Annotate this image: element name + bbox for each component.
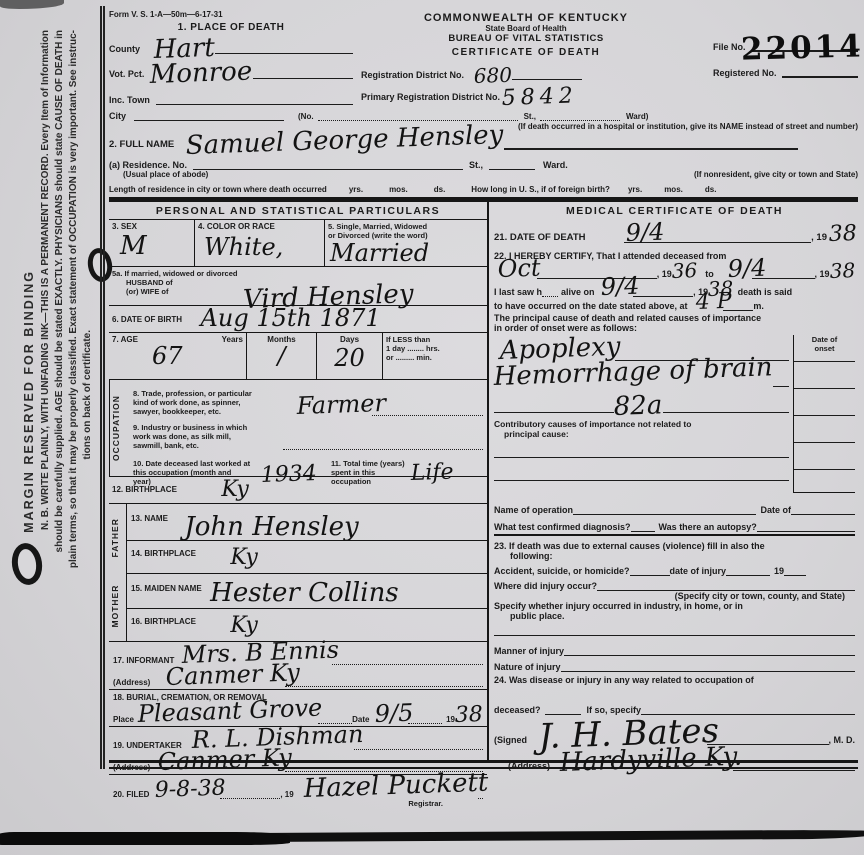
specify-rule xyxy=(494,631,855,636)
length-residence-label: Length of residence in city or town wher… xyxy=(109,185,327,194)
industry-label-line2: work was done, as silk mill, xyxy=(133,432,283,441)
onset-cell xyxy=(794,470,855,492)
onset-rule xyxy=(794,389,855,416)
contributory-rule-2 xyxy=(494,476,789,481)
cause-of-death-line2: Hemorrhage of brain xyxy=(494,361,773,385)
contributory-label-line2: principal cause: xyxy=(504,429,789,439)
accident-blank xyxy=(630,571,670,576)
nature-blank xyxy=(561,667,855,672)
county-value: Hart xyxy=(154,41,216,57)
precinct-value: Monroe xyxy=(150,65,253,83)
last-saw-date-value: 9/4 xyxy=(600,280,639,295)
where-injury-blank xyxy=(597,586,855,591)
margin-reserved-label: MARGIN RESERVED FOR BINDING xyxy=(22,270,36,533)
form-number: Form V. S. 1-A—50m—6-17-31 xyxy=(109,10,353,19)
yrs2-label: yrs. xyxy=(628,185,642,194)
onset-label-line2: onset xyxy=(794,344,855,353)
trade-blank xyxy=(372,411,483,416)
precinct-label: Vot. Pct. xyxy=(109,69,144,79)
trade-label-line2: kind of work done, as spinner, xyxy=(133,398,283,407)
residence-label: (a) Residence. No. xyxy=(109,160,187,170)
full-name-label: 2. FULL NAME xyxy=(109,139,174,150)
foreign-birth-label: How long in U. S., if of foreign birth? xyxy=(471,185,610,194)
trade-label-line3: sawyer, bookkeeper, etc. xyxy=(133,407,283,416)
yrs-label: yrs. xyxy=(349,185,363,194)
informant-address-value: Canmer Ky xyxy=(166,667,301,685)
residence-st-label: St., xyxy=(469,160,483,170)
death-certificate-scan: N. B. WRITE PLAINLY, WITH UNFADING INK—T… xyxy=(0,0,864,855)
last-saw-date-blank xyxy=(633,292,693,297)
nature-of-injury-label: Nature of injury xyxy=(494,662,561,672)
physician-address-blank xyxy=(733,766,856,771)
father-name-value: John Hensley xyxy=(184,512,358,542)
undertaker-address-value: Canmer Ky xyxy=(158,752,293,770)
margin-note-line4: tions on back of certificate. xyxy=(82,330,93,459)
age-less-line3: or ......... min. xyxy=(386,353,484,362)
age-less-line1: If LESS than xyxy=(386,335,484,344)
age-less-line2: 1 day ........ hrs. xyxy=(386,344,484,353)
registered-no-label: Registered No. xyxy=(713,68,777,78)
date-of-death-year-prefix: , 19 xyxy=(811,232,827,243)
city-no-label: (No. xyxy=(298,112,314,121)
margin-note-line3: plain terms, so that it may be properly … xyxy=(68,30,79,568)
test-label: What test confirmed diagnosis? xyxy=(494,522,631,532)
mos-label: mos. xyxy=(389,185,408,194)
test-blank xyxy=(631,527,655,532)
last-worked-value: 1934 xyxy=(261,468,317,482)
cause-rule-3 xyxy=(494,408,614,413)
mother-birthplace-label: 16. BIRTHPLACE xyxy=(131,617,196,626)
dob-label: 6. DATE OF BIRTH xyxy=(112,315,182,324)
filed-label: 20. FILED xyxy=(113,790,149,799)
industry-blank xyxy=(283,445,483,450)
precinct-blank-line xyxy=(253,74,353,79)
date-of-death-value: 9/4 xyxy=(625,226,664,241)
principal-cause-line2: in order of onset were as follows: xyxy=(494,323,855,333)
deceased-blank xyxy=(545,710,581,715)
injury-year-blank xyxy=(784,571,806,576)
primary-district-label: Primary Registration District No. xyxy=(361,92,500,102)
signed-label: (Signed xyxy=(494,735,527,745)
filed-date-value: 9-8-38 xyxy=(155,782,226,797)
inc-town-blank-line xyxy=(156,100,353,105)
from-year-prefix: , 19 xyxy=(657,269,672,279)
cause-code-value: 82a xyxy=(614,399,663,415)
spouse-label-line3: (or) WIFE of xyxy=(126,287,244,296)
injury-year-label: 19 xyxy=(774,566,784,576)
full-name-line xyxy=(504,144,798,150)
race-label: 4. COLOR OR RACE xyxy=(198,222,321,231)
registrar-signature: Hazel Puckett xyxy=(303,776,488,797)
burial-place-label: Place xyxy=(113,715,134,724)
spouse-label-line1: 5a. If married, widowed or divorced xyxy=(112,269,244,278)
operation-date-label: Date of xyxy=(760,505,791,515)
industry-label-line3: sawmill, bank, etc. xyxy=(133,441,283,450)
residence-st-blank xyxy=(489,165,535,170)
city-st-label: St., xyxy=(524,112,536,121)
md-label: , M. D. xyxy=(829,735,856,745)
where-injury-label: Where did injury occur? xyxy=(494,581,597,591)
mother-maiden-name-label: 15. MAIDEN NAME xyxy=(131,584,202,593)
onset-rule xyxy=(794,353,855,362)
date-of-death-year-value: 38 xyxy=(829,228,857,241)
undertaker-blank xyxy=(354,745,484,750)
race-value: White, xyxy=(204,233,283,261)
manner-blank xyxy=(564,651,855,656)
specify-injury-line1: Specify whether injury occurred in indus… xyxy=(494,601,855,611)
nonresident-note: (If nonresident, give city or town and S… xyxy=(694,170,858,179)
mother-maiden-name-value: Hester Collins xyxy=(210,578,399,608)
registration-district-value: 680 xyxy=(474,70,513,82)
autopsy-blank xyxy=(757,527,855,532)
onset-label-line1: Date of xyxy=(794,335,855,344)
industry-label-line1: 9. Industry or business in which xyxy=(133,423,283,432)
physician-address-value: Hardyville Ky. xyxy=(560,750,743,771)
m-label: m. xyxy=(753,301,764,311)
last-saw-gender-blank xyxy=(542,292,558,297)
place-of-death-title: 1. PLACE OF DEATH xyxy=(109,22,353,33)
father-birthplace-label: 14. BIRTHPLACE xyxy=(131,549,196,558)
injury-date-label: date of injury xyxy=(670,566,727,576)
cause-rule-2 xyxy=(773,382,789,387)
board-subtitle: State Board of Health xyxy=(353,24,699,33)
marital-label-line1: 5. Single, Married, Widowed xyxy=(328,222,484,231)
burial-year-value: 38 xyxy=(455,709,483,722)
age-years-label: Years xyxy=(222,335,243,344)
last-worked-label-line2: this occupation (month and xyxy=(133,468,261,477)
scan-artifact xyxy=(0,0,64,9)
trade-value: Farmer xyxy=(297,397,387,413)
operation-label: Name of operation xyxy=(494,505,573,515)
residence-sub-note: (Usual place of abode) xyxy=(123,170,208,179)
onset-rule xyxy=(794,362,855,389)
full-name-value: Samuel George Hensley xyxy=(186,128,504,153)
father-name-label: 13. NAME xyxy=(131,514,168,523)
to-year-prefix: , 19 xyxy=(815,269,830,279)
death-said-label: death is said xyxy=(738,287,793,297)
sex-label: 3. SEX xyxy=(112,222,191,231)
residence-ward-label: Ward. xyxy=(543,160,568,170)
medical-section-title: MEDICAL CERTIFICATE OF DEATH xyxy=(494,202,855,219)
mother-birthplace-value: Ky xyxy=(230,613,257,638)
hole-punch xyxy=(9,541,45,587)
inc-town-label: Inc. Town xyxy=(109,95,150,105)
external-causes-line2: following: xyxy=(510,551,855,561)
onset-rule xyxy=(794,443,855,470)
burial-place-value: Pleasant Grove xyxy=(137,702,322,722)
ds2-label: ds. xyxy=(705,185,717,194)
primary-district-value: 5842 xyxy=(502,90,578,105)
mother-vertical-label: MOTHER xyxy=(109,572,126,641)
external-causes-line1: 23. If death was due to external causes … xyxy=(494,541,855,551)
certificate-form: Form V. S. 1-A—50m—6-17-31 1. PLACE OF D… xyxy=(100,6,858,769)
informant-blank xyxy=(332,660,483,665)
undertaker-address-label: (Address) xyxy=(113,763,150,772)
physician-address-label: (Address) xyxy=(508,761,550,771)
certificate-title: CERTIFICATE OF DEATH xyxy=(353,47,699,58)
county-label: County xyxy=(109,44,140,54)
last-worked-label-line1: 10. Date deceased last worked at xyxy=(133,459,261,468)
city-label: City xyxy=(109,111,126,121)
onset-rule xyxy=(794,416,855,443)
accident-label: Accident, suicide, or homicide? xyxy=(494,566,630,576)
age-days-label: Days xyxy=(320,335,379,344)
marital-value: Married xyxy=(330,239,429,267)
informant-address-blank xyxy=(285,682,484,687)
operation-date-blank xyxy=(791,510,855,515)
burial-year-prefix: 19 xyxy=(446,715,455,724)
city-st-blank xyxy=(540,116,620,121)
manner-of-injury-label: Manner of injury xyxy=(494,646,564,656)
personal-section-title: PERSONAL AND STATISTICAL PARTICULARS xyxy=(109,202,487,220)
birthplace-value: Ky xyxy=(221,477,248,502)
date-of-death-label: 21. DATE OF DEATH xyxy=(494,232,586,243)
attended-from-value: Oct xyxy=(498,262,541,277)
age-years-value: 67 xyxy=(152,342,183,370)
where-injury-note: (Specify city or town, county, and State… xyxy=(494,591,845,601)
age-label: 7. AGE xyxy=(112,335,138,344)
occupation-question-line2: deceased? xyxy=(494,705,541,715)
city-ward-label: Ward) xyxy=(626,112,648,121)
trade-label-line1: 8. Trade, profession, or particular xyxy=(133,389,283,398)
last-saw-label: I last saw h xyxy=(494,287,542,297)
registered-no-line xyxy=(782,72,858,78)
sex-value: M xyxy=(120,231,147,261)
total-time-label-line1: 11. Total time (years) xyxy=(331,459,411,468)
operation-blank xyxy=(573,510,756,515)
attended-to-value: 9/4 xyxy=(727,262,766,277)
filed-year-prefix: , 19 xyxy=(280,790,293,799)
age-days-value: 20 xyxy=(334,344,365,372)
total-time-value: Life xyxy=(411,466,454,480)
occupation-question-line1: 24. Was disease or injury in any way rel… xyxy=(494,675,855,685)
county-blank-line xyxy=(215,49,353,54)
specify-injury-line2: public place. xyxy=(510,611,855,621)
contributory-rule-1 xyxy=(494,453,789,458)
autopsy-label: Was there an autopsy? xyxy=(659,522,757,532)
scan-artifact xyxy=(0,832,290,845)
date-of-onset-column: Date of onset xyxy=(793,335,855,493)
file-number-stamp: 22014 xyxy=(741,28,864,67)
registration-district-line xyxy=(512,75,582,80)
age-months-value: / xyxy=(277,342,285,370)
mos2-label: mos. xyxy=(664,185,683,194)
to-year-value: 38 xyxy=(829,265,855,277)
father-birthplace-value: Ky xyxy=(230,545,257,570)
informant-address-label: (Address) xyxy=(113,678,150,687)
occupation-vertical-label: OCCUPATION xyxy=(109,380,129,476)
from-year-value: 36 xyxy=(671,265,697,277)
total-time-label-line2: spent in this xyxy=(331,468,411,477)
cause-of-death-line1: Apoplexy xyxy=(500,340,621,359)
injury-date-blank xyxy=(726,571,770,576)
burial-date-value: 9/5 xyxy=(375,707,414,722)
bureau-subtitle: BUREAU OF VITAL STATISTICS xyxy=(353,33,699,44)
birthplace-label: 12. BIRTHPLACE xyxy=(112,485,177,494)
principal-cause-line1: The principal cause of death and related… xyxy=(494,313,855,323)
spouse-label-line2: HUSBAND of xyxy=(126,278,244,287)
commonwealth-title: COMMONWEALTH OF KENTUCKY xyxy=(353,12,699,24)
residence-no-blank xyxy=(193,165,463,170)
registration-district-label: Registration District No. xyxy=(361,70,464,80)
city-blank xyxy=(134,116,284,121)
father-vertical-label: FATHER xyxy=(109,504,126,573)
dob-value: Aug 15th 1871 xyxy=(201,304,381,332)
last-saw-alive-label: alive on xyxy=(561,287,595,297)
time-of-death-value: 4 P xyxy=(695,295,731,308)
margin-note-line2: should be carefully supplied. AGE should… xyxy=(54,30,65,552)
margin-note-line1: N. B. WRITE PLAINLY, WITH UNFADING INK—T… xyxy=(40,30,51,530)
ds-label: ds. xyxy=(434,185,446,194)
cause-rule-3b xyxy=(663,408,789,413)
occurred-at-label: to have occurred on the date stated abov… xyxy=(494,301,688,311)
filed-blank xyxy=(220,794,280,799)
